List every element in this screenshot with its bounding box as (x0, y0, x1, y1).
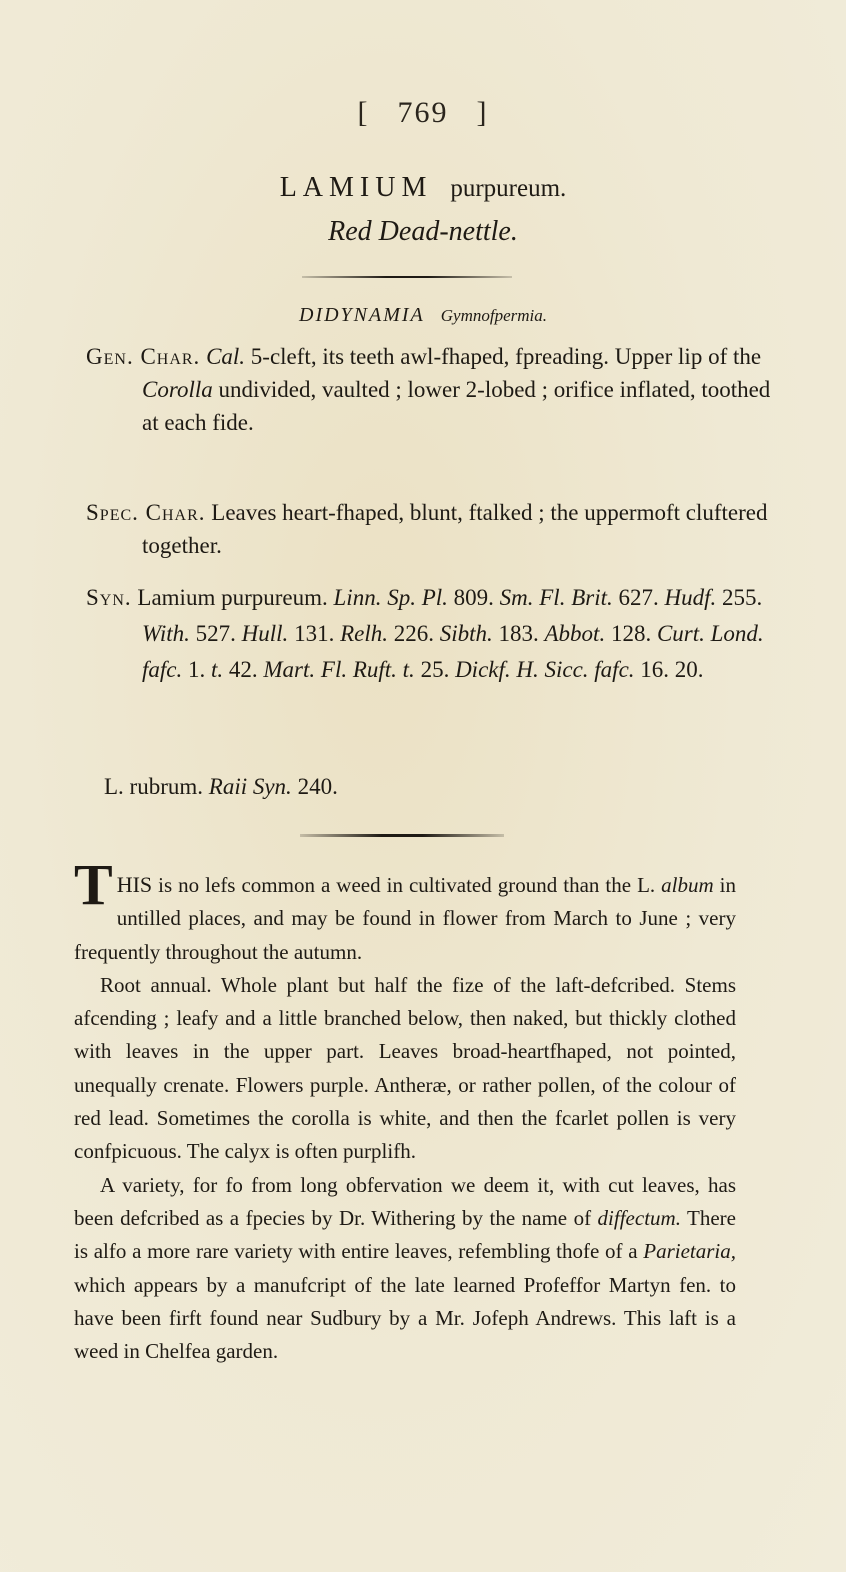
generic-character: Gen. Char. Cal. 5-cleft, its teeth awl-f… (86, 340, 792, 439)
gen-char-text-2: undivided, vaulted ; lower 2-lobed ; ori… (142, 377, 770, 435)
description-body: THIS is no lefs common a weed in cultiva… (74, 868, 736, 1368)
ref-num: 42. (223, 657, 263, 682)
bracket-right: ] (477, 96, 489, 130)
gen-char-text: 5-cleft, its teeth awl-fhaped, fpreading… (245, 344, 761, 369)
spec-char-label: Spec. Char. (86, 500, 206, 525)
genus-name: LAMIUM (280, 172, 433, 203)
ref-abbr: Mart. Fl. Ruft. t. (263, 657, 414, 682)
ref-num: 16. 20. (635, 657, 704, 682)
divider-rule (300, 834, 504, 837)
syn-name: Lamium purpureum. (132, 585, 334, 610)
common-name: Red Dead-nettle. (0, 216, 846, 248)
page-number-value: 769 (398, 96, 449, 129)
alt-ref: Raii Syn. (209, 774, 292, 799)
paragraph-1: THIS is no lefs common a weed in cultiva… (74, 868, 736, 969)
drop-cap: T (74, 860, 113, 910)
ref-abbr: Hull. (242, 621, 289, 646)
italic-term: diffectum. (598, 1206, 681, 1230)
ref-num: 809. (448, 585, 500, 610)
ref-num: 25. (415, 657, 455, 682)
order-name: Gymnofpermia. (441, 306, 547, 325)
corolla-term: Corolla (142, 377, 213, 402)
bracket-left: [ (358, 96, 370, 130)
synonymy: Syn. Lamium purpureum. Linn. Sp. Pl. 809… (86, 580, 792, 688)
page-number: [769] (0, 96, 846, 130)
species-title: LAMIUMpurpureum. (0, 172, 846, 204)
paragraph-2: Root annual. Whole plant but half the fi… (74, 969, 736, 1169)
ref-num: 527. (190, 621, 242, 646)
linnaean-classification: DIDYNAMIAGymnofpermia. (0, 304, 846, 327)
ref-num: 128. (605, 621, 657, 646)
ref-num: 255. (716, 585, 762, 610)
alt-synonym: L. rubrum. Raii Syn. 240. (104, 774, 338, 800)
ref-abbr: Hudf. (664, 585, 716, 610)
italic-term: Parietaria, (643, 1239, 736, 1263)
ref-abbr: Sibth. (440, 621, 493, 646)
ref-num: 226. (388, 621, 440, 646)
syn-label: Syn. (86, 585, 132, 610)
ref-abbr: Sm. Fl. Brit. (500, 585, 613, 610)
ref-abbr: With. (142, 621, 190, 646)
ref-num: 1. (182, 657, 211, 682)
paragraph-text: is no lefs common a weed in cultivated g… (152, 873, 661, 897)
ref-num: 131. (288, 621, 340, 646)
italic-term: album (661, 873, 714, 897)
ref-num: 627. (613, 585, 665, 610)
gen-char-label: Gen. Char. (86, 344, 200, 369)
ref-abbr: Abbot. (545, 621, 606, 646)
opening-word: HIS (117, 872, 152, 897)
ref-abbr: Linn. Sp. Pl. (334, 585, 448, 610)
divider-rule (302, 276, 512, 278)
ref-num: 183. (493, 621, 545, 646)
class-name: DIDYNAMIA (299, 304, 425, 326)
paragraph-text: which appears by a manufcript of the lat… (74, 1273, 736, 1364)
specific-character: Spec. Char. Leaves heart-fhaped, blunt, … (86, 496, 792, 562)
ref-abbr: Relh. (340, 621, 388, 646)
cal-abbr: Cal. (206, 344, 245, 369)
ref-abbr: Dickf. H. Sicc. fafc. (455, 657, 634, 682)
species-epithet: purpureum. (450, 175, 566, 202)
ref-abbr: t. (211, 657, 223, 682)
alt-name: L. rubrum. (104, 774, 209, 799)
paragraph-3: A variety, for fo from long obfervation … (74, 1169, 736, 1369)
alt-num: 240. (292, 774, 338, 799)
spec-char-text: Leaves heart-fhaped, blunt, ftalked ; th… (142, 500, 768, 558)
book-page: [769] LAMIUMpurpureum. Red Dead-nettle. … (0, 0, 846, 1572)
